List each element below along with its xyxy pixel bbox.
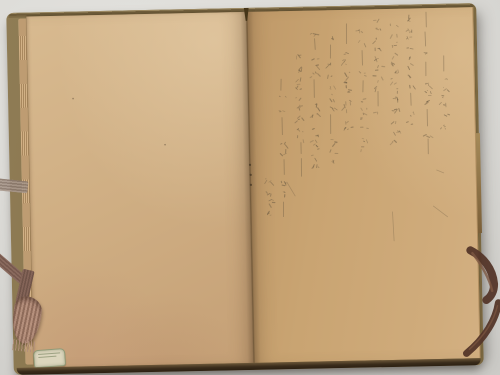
notebook (6, 3, 483, 375)
photo-background (0, 0, 500, 375)
label-print-line (38, 356, 56, 358)
label-print-line (38, 352, 60, 355)
right-page (246, 7, 480, 363)
left-page (26, 12, 253, 368)
archive-label (33, 348, 66, 368)
cover-right-edge (476, 133, 482, 233)
tie-ribbon-left-strap (0, 252, 26, 284)
